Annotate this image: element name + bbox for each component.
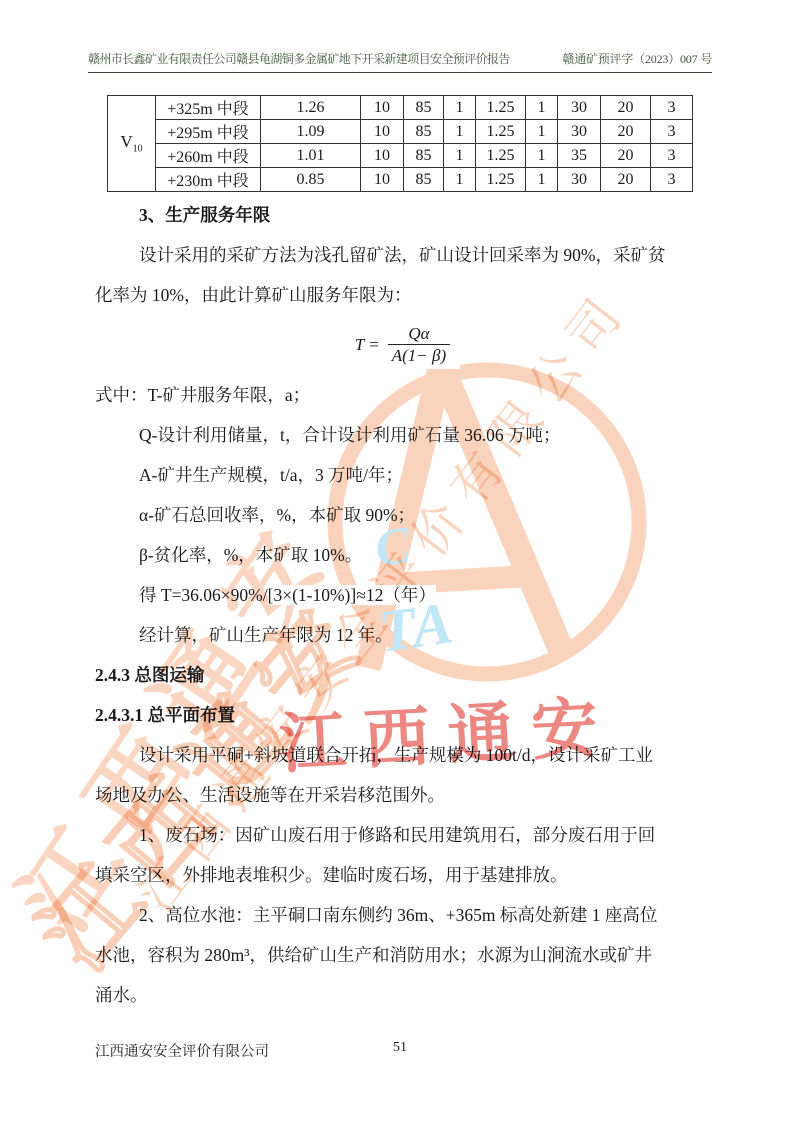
- paragraph-line: 设计采用平硐+斜坡道联合开拓，生产规模为 100t/d，设计采矿工业: [95, 735, 710, 775]
- table-row: +295m 中段 1.09 10 85 1 1.25 1 30 20 3: [108, 120, 693, 144]
- document-body: 3、生产服务年限 设计采用的采矿方法为浅孔留矿法，矿山设计回采率为 90%，采矿…: [95, 195, 710, 1015]
- calculation-line: 得 T=36.06×90%/[3×(1-10%)]≈12（年）: [95, 575, 710, 615]
- table-cell: 3: [651, 144, 693, 168]
- table-cell: +260m 中段: [156, 144, 261, 168]
- section-heading-2431: 2.4.3.1 总平面布置: [95, 695, 710, 735]
- service-years-formula: T = Qα A(1− β): [95, 315, 710, 375]
- document-number: 赣通矿预评字（2023）007 号: [562, 50, 712, 67]
- formula-where-line: 式中：T-矿井服务年限，a；: [95, 375, 710, 415]
- table-cell: 20: [601, 120, 651, 144]
- table-cell: 20: [601, 144, 651, 168]
- table-cell: +325m 中段: [156, 96, 261, 120]
- table-cell: 1: [526, 120, 558, 144]
- section-heading-243: 2.4.3 总图运输: [95, 655, 710, 695]
- table-cell: 1.25: [476, 144, 526, 168]
- table-cell: 85: [404, 144, 444, 168]
- table-cell: 30: [558, 96, 601, 120]
- paragraph-line: 化率为 10%，由此计算矿山服务年限为：: [95, 275, 710, 315]
- table-cell: 3: [651, 96, 693, 120]
- table-cell: 1.25: [476, 120, 526, 144]
- calculation-result-line: 经计算，矿山生产年限为 12 年。: [95, 615, 710, 655]
- formula-lhs: T =: [355, 335, 380, 355]
- table-cell: 1: [444, 96, 476, 120]
- variable-definition-alpha: α-矿石总回收率，%，本矿取 90%；: [95, 495, 710, 535]
- table-row: V10 +325m 中段 1.26 10 85 1 1.25 1 30 20 3: [108, 96, 693, 120]
- formula-numerator: Qα: [400, 324, 437, 344]
- table-cell: 1: [526, 144, 558, 168]
- calculation-equation: [3×(1-10%)]≈12（年）: [268, 585, 436, 605]
- table-cell: 3: [651, 168, 693, 192]
- table-cell: 3: [651, 120, 693, 144]
- table-cell: +295m 中段: [156, 120, 261, 144]
- report-title: 赣州市长鑫矿业有限责任公司赣县龟湖铜多金属矿地下开采新建项目安全预评价报告: [88, 50, 510, 67]
- table-cell: 20: [601, 168, 651, 192]
- table-cell: 10: [361, 144, 404, 168]
- page-header: 赣州市长鑫矿业有限责任公司赣县龟湖铜多金属矿地下开采新建项目安全预评价报告 赣通…: [88, 50, 712, 73]
- page-number: 51: [0, 1040, 800, 1056]
- paragraph-line: 填采空区，外排地表堆积少。建临时废石场，用于基建排放。: [95, 855, 710, 895]
- table-cell: 1.01: [261, 144, 361, 168]
- table-cell: 10: [361, 168, 404, 192]
- table-cell: 85: [404, 120, 444, 144]
- table-cell: 1.26: [261, 96, 361, 120]
- formula-fraction: Qα A(1− β): [388, 324, 450, 367]
- table-cell: 0.85: [261, 168, 361, 192]
- formula-denominator: A(1− β): [388, 344, 450, 367]
- section-heading-service-years: 3、生产服务年限: [95, 195, 710, 235]
- table-cell: 20: [601, 96, 651, 120]
- list-item-waste-rock: 1、废石场：因矿山废石用于修路和民用建筑用石，部分废石用于回: [95, 815, 710, 855]
- table-cell: 30: [558, 168, 601, 192]
- paragraph-line: 场地及办公、生活设施等在开采岩移范围外。: [95, 775, 710, 815]
- table-cell: 1: [526, 168, 558, 192]
- table-cell: +230m 中段: [156, 168, 261, 192]
- table-cell: 30: [558, 120, 601, 144]
- table-cell: 1: [444, 120, 476, 144]
- table-cell: 35: [558, 144, 601, 168]
- table-cell: 1: [444, 168, 476, 192]
- table-row: +230m 中段 0.85 10 85 1 1.25 1 30 20 3: [108, 168, 693, 192]
- table-cell: 85: [404, 168, 444, 192]
- paragraph-line: 涌水。: [95, 975, 710, 1015]
- table-cell: 1: [444, 144, 476, 168]
- variable-definition-beta: β-贫化率，%，本矿取 10%。: [95, 535, 710, 575]
- table-cell: 10: [361, 120, 404, 144]
- variable-definition-a: A-矿井生产规模，t/a，3 万吨/年；: [95, 455, 710, 495]
- paragraph-line: 设计采用的采矿方法为浅孔留矿法，矿山设计回采率为 90%，采矿贫: [95, 235, 710, 275]
- paragraph-line: 水池，容积为 280m³，供给矿山生产和消防用水；水源为山涧流水或矿井: [95, 935, 710, 975]
- variable-definition-q: Q-设计利用储量，t，合计设计利用矿石量 36.06 万吨；: [95, 415, 710, 455]
- mining-parameters-table: V10 +325m 中段 1.26 10 85 1 1.25 1 30 20 3…: [107, 95, 693, 192]
- table-cell: 1.25: [476, 168, 526, 192]
- table-cell: 85: [404, 96, 444, 120]
- table-cell: 1.09: [261, 120, 361, 144]
- table-cell: 1: [526, 96, 558, 120]
- document-page: C TA 江西通安安全评价有限公司 江西通安 江西通安 江西通安 赣州市长鑫矿业…: [0, 0, 800, 1131]
- table-cell: 10: [361, 96, 404, 120]
- table-row: +260m 中段 1.01 10 85 1 1.25 1 35 20 3: [108, 144, 693, 168]
- list-item-water-tank: 2、高位水池：主平硐口南东侧约 36m、+365m 标高处新建 1 座高位: [95, 895, 710, 935]
- table-cell: 1.25: [476, 96, 526, 120]
- orebody-label: V10: [108, 96, 156, 192]
